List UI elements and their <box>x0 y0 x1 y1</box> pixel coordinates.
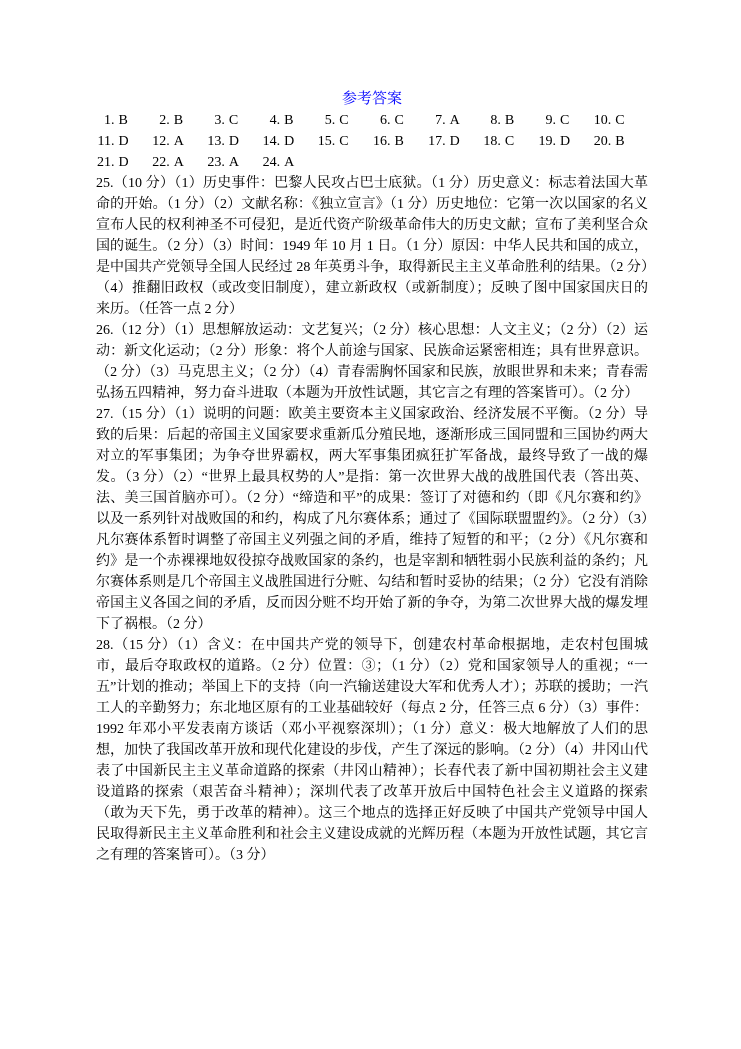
choice-answer-letter: B <box>394 134 403 149</box>
choice-answer-letter: D <box>229 134 239 149</box>
choice-answer-number: 1 <box>96 110 111 131</box>
choice-answer-row: 1.B2.B3.C4.B5.C6.C7.A8.B9.C10.C <box>96 110 648 131</box>
choice-answer: 20.B <box>593 131 648 152</box>
choice-answer-number: 7 <box>427 110 442 131</box>
document-page: 参考答案 1.B2.B3.C4.B5.C6.C7.A8.B9.C10.C11.D… <box>96 89 648 866</box>
choice-answer-number: 4 <box>262 110 277 131</box>
choice-answer-number: 13 <box>206 131 221 152</box>
choice-answer-number: 23 <box>206 152 221 173</box>
choice-answer: 23.A <box>206 152 261 173</box>
choice-answer: 22.A <box>151 152 206 173</box>
choice-answer-letter: C <box>615 113 624 128</box>
choice-answer-row: 11.D12.A13.D14.D15.C16.B17.D18.C19.D20.B <box>96 131 648 152</box>
choice-answer-letter: B <box>505 113 514 128</box>
choice-answer-number: 10 <box>593 110 608 131</box>
choice-answer: 17.D <box>427 131 482 152</box>
choice-answer-number: 19 <box>538 131 553 152</box>
choice-answer-number: 11 <box>96 131 111 152</box>
answer-paragraph-27: 27.（15 分）（1）说明的问题：欧美主要资本主义国家政治、经济发展不平衡。（… <box>96 404 648 635</box>
choice-answer-number: 18 <box>482 131 497 152</box>
choice-answer: 14.D <box>262 131 317 152</box>
choice-answer: 6.C <box>372 110 427 131</box>
answer-paragraph-28: 28.（15 分）（1）含义：在中国共产党的领导下，创建农村革命根据地，走农村包… <box>96 635 648 866</box>
choice-answer-letter: C <box>339 134 348 149</box>
choice-answer: 24.A <box>262 152 317 173</box>
choice-answer-letter: A <box>450 113 460 128</box>
choice-answer-number: 9 <box>538 110 553 131</box>
choice-answer-letter: D <box>119 155 129 170</box>
choice-answer-letter: D <box>450 134 460 149</box>
choice-answer-letter: C <box>394 113 403 128</box>
choice-answer-letter: B <box>174 113 183 128</box>
choice-answer: 8.B <box>482 110 537 131</box>
choice-answer: 13.D <box>206 131 261 152</box>
answer-paragraph-26: 26.（12 分）（1）思想解放运动：文艺复兴；（2 分）核心思想：人文主义；（… <box>96 320 648 404</box>
choice-answer-number: 2 <box>151 110 166 131</box>
choice-answer-letter: A <box>174 134 184 149</box>
choice-answer-number: 15 <box>317 131 332 152</box>
choice-answer-letter: C <box>560 113 569 128</box>
answer-paragraph-25: 25.（10 分）（1）历史事件：巴黎人民攻占巴士底狱。（1 分）历史意义：标志… <box>96 173 648 320</box>
choice-answer-number: 14 <box>262 131 277 152</box>
choice-answer-letter: C <box>339 113 348 128</box>
choice-answer-number: 5 <box>317 110 332 131</box>
choice-answer-number: 16 <box>372 131 387 152</box>
choice-answer-number: 17 <box>427 131 442 152</box>
choice-answer-letter: D <box>560 134 570 149</box>
choice-answer: 5.C <box>317 110 372 131</box>
choice-answer-letter: A <box>229 155 239 170</box>
choice-answer: 4.B <box>262 110 317 131</box>
choice-answer: 9.C <box>538 110 593 131</box>
choice-answer-letter: D <box>284 134 294 149</box>
choice-answer-row: 21.D22.A23.A24.A <box>96 152 648 173</box>
choice-answer-letter: A <box>284 155 294 170</box>
choice-answer-letter: B <box>119 113 128 128</box>
page-title: 参考答案 <box>96 89 648 110</box>
choice-answer-number: 22 <box>151 152 166 173</box>
choice-answer-number: 24 <box>262 152 277 173</box>
choice-answer-letter: B <box>284 113 293 128</box>
choice-answer: 10.C <box>593 110 648 131</box>
choice-answer-letter: D <box>119 134 129 149</box>
choice-answer-letter: C <box>505 134 514 149</box>
choice-answer-number: 3 <box>206 110 221 131</box>
choice-answer: 12.A <box>151 131 206 152</box>
choice-answer-number: 20 <box>593 131 608 152</box>
choice-answer-number: 12 <box>151 131 166 152</box>
choice-answer-number: 21 <box>96 152 111 173</box>
choice-answers-grid: 1.B2.B3.C4.B5.C6.C7.A8.B9.C10.C11.D12.A1… <box>96 110 648 173</box>
choice-answer-letter: B <box>615 134 624 149</box>
choice-answer-letter: C <box>229 113 238 128</box>
choice-answer: 1.B <box>96 110 151 131</box>
choice-answer: 3.C <box>206 110 261 131</box>
choice-answer: 2.B <box>151 110 206 131</box>
choice-answer-number: 6 <box>372 110 387 131</box>
answer-paragraphs: 25.（10 分）（1）历史事件：巴黎人民攻占巴士底狱。（1 分）历史意义：标志… <box>96 173 648 866</box>
choice-answer: 21.D <box>96 152 151 173</box>
choice-answer: 7.A <box>427 110 482 131</box>
choice-answer-number: 8 <box>482 110 497 131</box>
choice-answer: 16.B <box>372 131 427 152</box>
choice-answer: 18.C <box>482 131 537 152</box>
choice-answer: 15.C <box>317 131 372 152</box>
choice-answer-letter: A <box>174 155 184 170</box>
choice-answer: 11.D <box>96 131 151 152</box>
choice-answer: 19.D <box>538 131 593 152</box>
